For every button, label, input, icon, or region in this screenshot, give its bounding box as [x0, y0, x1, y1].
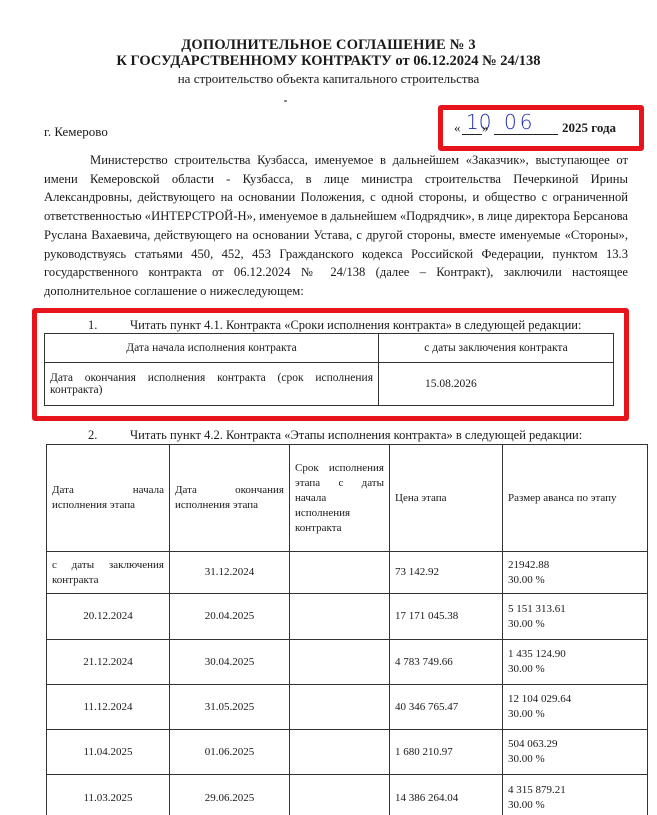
stage-advance-amount: 1 435 124.90	[508, 647, 642, 662]
table-row: 11.12.202431.05.202540 346 765.4712 104 …	[47, 685, 648, 730]
date-highlight-box	[438, 105, 644, 151]
stage-end-date: 29.06.2025	[170, 775, 290, 815]
stage-advance-percent: 30.00 %	[508, 573, 642, 588]
stage-term	[290, 594, 390, 640]
table-row: 11.04.202501.06.20251 680 210.97504 063.…	[47, 730, 648, 775]
city-label: г. Кемерово	[44, 124, 108, 140]
preamble-text: Министерство строительства Кузбасса, име…	[44, 153, 628, 298]
stage-advance-amount: 12 104 029.64	[508, 692, 642, 707]
stage-advance-amount: 4 315 879.21	[508, 783, 642, 798]
stage-advance-amount: 5 151 313.61	[508, 602, 642, 617]
header-stage-term: Срок исполнения этапа с даты начала испо…	[290, 445, 390, 552]
stage-start-date: 11.12.2024	[47, 685, 170, 730]
stage-advance: 12 104 029.6430.00 %	[503, 685, 648, 730]
stage-end-date: 31.05.2025	[170, 685, 290, 730]
stage-advance-percent: 30.00 %	[508, 707, 642, 722]
stage-advance: 4 315 879.2130.00 %	[503, 775, 648, 815]
stage-term	[290, 730, 390, 775]
stage-advance: 5 151 313.6130.00 %	[503, 594, 648, 640]
stage-end-date: 31.12.2024	[170, 552, 290, 594]
table-header-row: Дата начала исполнения этапа Дата оконча…	[47, 445, 648, 552]
stage-start-date: 11.04.2025	[47, 730, 170, 775]
stage-advance: 21942.8830.00 %	[503, 552, 648, 594]
stage-advance: 504 063.2930.00 %	[503, 730, 648, 775]
header-stage-price: Цена этапа	[390, 445, 503, 552]
stage-price: 1 680 210.97	[390, 730, 503, 775]
preamble-paragraph: Министерство строительства Кузбасса, име…	[44, 151, 628, 301]
stage-term	[290, 685, 390, 730]
stage-term	[290, 552, 390, 594]
stage-price: 40 346 765.47	[390, 685, 503, 730]
clause-1-highlight-box	[32, 308, 629, 421]
header-stage-end: Дата окончания исполнения этапа	[170, 445, 290, 552]
header-stage-advance: Размер аванса по этапу	[503, 445, 648, 552]
stage-start-date: с даты заключения контракта	[47, 552, 170, 594]
stage-end-date: 30.04.2025	[170, 640, 290, 685]
stage-term	[290, 775, 390, 815]
table-row: 11.03.202529.06.202514 386 264.044 315 8…	[47, 775, 648, 815]
stage-advance-percent: 30.00 %	[508, 752, 642, 767]
stage-advance-percent: 30.00 %	[508, 617, 642, 632]
document-title-contract: К ГОСУДАРСТВЕННОМУ КОНТРАКТУ от 06.12.20…	[0, 53, 657, 70]
header-stage-start: Дата начала исполнения этапа	[47, 445, 170, 552]
stage-advance-percent: 30.00 %	[508, 662, 642, 677]
stage-end-date: 20.04.2025	[170, 594, 290, 640]
table-row: 21.12.202430.04.20254 783 749.661 435 12…	[47, 640, 648, 685]
stage-start-date: 21.12.2024	[47, 640, 170, 685]
stage-price: 14 386 264.04	[390, 775, 503, 815]
stage-price: 17 171 045.38	[390, 594, 503, 640]
document-title: ДОПОЛНИТЕЛЬНОЕ СОГЛАШЕНИЕ № 3	[0, 37, 657, 54]
document-subtitle: на строительство объекта капитального ст…	[0, 71, 657, 87]
stage-price: 73 142.92	[390, 552, 503, 594]
stage-advance-amount: 21942.88	[508, 558, 642, 573]
stage-price: 4 783 749.66	[390, 640, 503, 685]
stage-end-date: 01.06.2025	[170, 730, 290, 775]
table-row: 20.12.202420.04.202517 171 045.385 151 3…	[47, 594, 648, 640]
scan-speck	[284, 100, 287, 102]
stages-table: Дата начала исполнения этапа Дата оконча…	[46, 444, 648, 815]
clause-2-number: 2.	[88, 428, 97, 443]
stage-advance-amount: 504 063.29	[508, 737, 642, 752]
table-row: с даты заключения контракта31.12.202473 …	[47, 552, 648, 594]
stage-start-date: 20.12.2024	[47, 594, 170, 640]
clause-2-text: Читать пункт 4.2. Контракта «Этапы испол…	[130, 428, 582, 443]
stage-start-date: 11.03.2025	[47, 775, 170, 815]
stage-advance: 1 435 124.9030.00 %	[503, 640, 648, 685]
stage-advance-percent: 30.00 %	[508, 798, 642, 813]
stage-term	[290, 640, 390, 685]
